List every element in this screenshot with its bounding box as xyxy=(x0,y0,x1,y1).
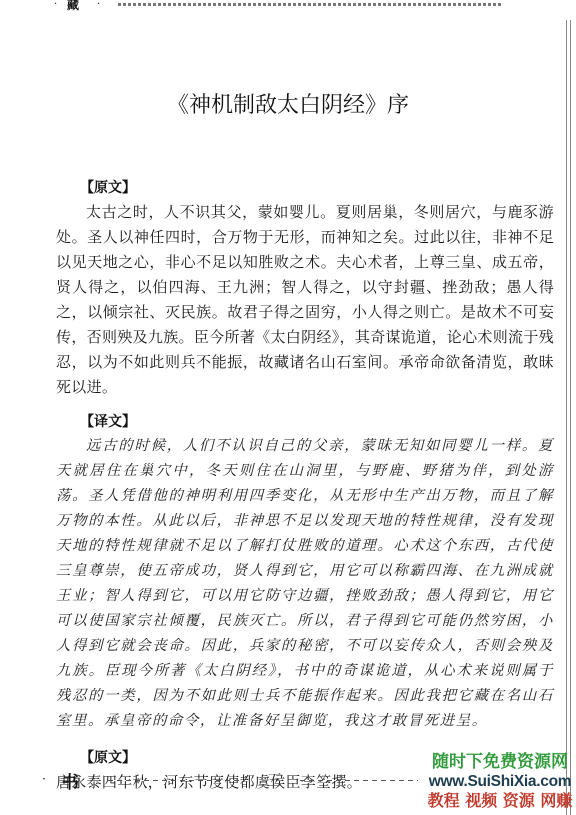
header-dot-left: · xyxy=(54,0,57,10)
original-text-paragraph: 太古之时，人不识其父，蒙如婴儿。夏则居巢，冬则居穴，与鹿豕游处。圣人以神任四时，… xyxy=(56,200,554,400)
section-label-original: 【原文】 xyxy=(80,176,554,200)
header-dot-right: · xyxy=(97,0,100,10)
header-dotted-rule xyxy=(118,3,502,6)
page-number: 三 xyxy=(267,769,282,790)
watermark-url: www.SuiShiXia.com xyxy=(424,774,576,790)
page-edge-binding-line xyxy=(566,20,571,815)
section-translation: 【译文】 远古的时候，人们不认识自己的父亲，蒙昧无知如同婴儿一样。夏天就居住在巢… xyxy=(56,410,554,734)
document-body: 【原文】 太古之时，人不识其父，蒙如婴儿。夏则居巢，冬则居穴，与鹿豕游处。圣人以… xyxy=(56,176,554,795)
section-label-translation: 【译文】 xyxy=(80,410,554,434)
footer-section-glyph: 书 xyxy=(62,768,79,793)
running-header: · 藏 · xyxy=(0,0,576,14)
section-original-text: 【原文】 太古之时，人不识其父，蒙如婴儿。夏则居巢，冬则居穴，与鹿豕游处。圣人以… xyxy=(56,176,554,400)
watermark-tagline: 教程 视频 资源 网赚 xyxy=(424,793,576,809)
footer-dot-right: · xyxy=(92,772,96,786)
header-section-glyph: 藏 xyxy=(67,0,79,11)
site-watermark: 随时下免费资源网 www.SuiShiXia.com 教程 视频 资源 网赚 xyxy=(424,754,576,809)
watermark-site-name: 随时下免费资源网 xyxy=(424,754,576,771)
translation-paragraph: 远古的时候，人们不认识自己的父亲，蒙昧无知如同婴儿一样。夏天就居住在巢穴中，冬天… xyxy=(56,434,554,734)
footer-dot-left: · xyxy=(42,772,46,786)
page-title: 《神机制敌太白阴经》序 xyxy=(0,92,576,120)
footer-dashed-rule-right xyxy=(300,780,418,781)
footer-dashed-rule-left xyxy=(108,780,244,781)
